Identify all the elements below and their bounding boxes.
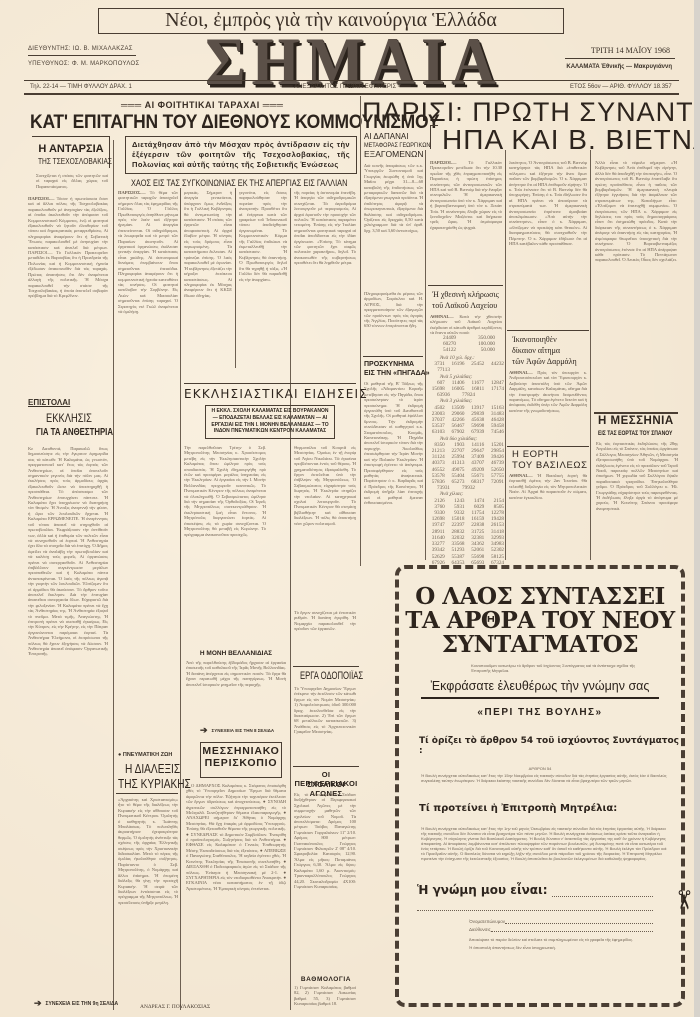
church-news-body-1: Τὴν παρελθοῦσαν Τρίτην ὁ Σεβ. Μητροπολίτ… — [184, 445, 266, 605]
lottery-number: 77113 — [430, 367, 450, 373]
scissors-icon: ✂ — [668, 889, 698, 911]
justice-head-3: τῶν Ἀφῶν Δαρμάλη — [512, 356, 577, 367]
masthead-price: Τηλ. 22-14 — ΤΙΜΗ ΦΥΛΛΟΥ ΔΡΑΧ. 1 — [30, 84, 132, 90]
roads-headline: ΕΡΓΑ ΟΔΟΠΟΙΪΑΣ — [300, 670, 363, 682]
pilgrimage-head-2: ΕΙΣ ΤΗΝ «ΠΗΓΑΔΑ» — [364, 369, 430, 378]
messinia-head-2: ΕΙΣ ΤΑΣ ΕΟΡΤΑΣ ΤΟΥ ΣΠΑΝΟΥ — [598, 430, 672, 437]
paris-body-col2: λαιότητος. Ὁ Ἀντιπρόσωπος τοῦ Β. Βιετνὰμ… — [509, 160, 587, 330]
lottery-number: 67902 — [450, 429, 465, 435]
exports-head-1: ΑΙ ΔΑΠΑΝΑΙ — [364, 132, 424, 141]
exports-heads: ΑΙ ΔΑΠΑΝΑΙ ΜΕΤΑΦΟΡΑΣ ΓΕΩΡΓΙΚΩΝ ΕΞΑΓΟΜΕΝΩ… — [364, 132, 424, 159]
ad-proposal-text: Ἡ Βουλὴ συνέρχεται αὐτοδικαίως κατ' ἔτος… — [421, 826, 667, 861]
lottery-number: 17174 — [489, 386, 504, 392]
ad-intro: Κοινοποιοῦμεν κατωτέρω τὸ ἄρθρον τοῦ ἰσχ… — [471, 663, 651, 673]
periscope-body: ● Ο ΔΗΜΑΡΧΟΣ Καλαμάτας κ. Στέφανος ἐπισκ… — [186, 783, 286, 1008]
spiritual-kicker: ● ΠΝΕΥΜΑΤΙΚΗ ΖΩΗ — [118, 752, 172, 758]
czech-head-2: ΤΗΣ ΤΣΕΧΟΣΛΟΒΑΚΙΑΣ — [38, 156, 112, 166]
church-continued-link[interactable]: ➔ ΣΥΝΕΧΕΙΑ ΕΙΣ ΤΗΝ 8 ΣΕΛΙΔΑ — [200, 725, 274, 736]
pilgrimage-heads: ΠΡΟΣΚΥΝΗΜΑ ΕΙΣ ΤΗΝ «ΠΗΓΑΔΑ» — [364, 360, 430, 378]
lottery-number: 74546 — [489, 429, 504, 435]
roads-preface: Τὸ ἔργον συνεχίζεται μὲ ἐντατικὸν ρυθμόν… — [294, 610, 356, 660]
exports-body-2: Πληροφορούμεθα ἐκ μέρους τῶν ἀρμοδίων, Σ… — [364, 291, 423, 351]
monastery-head: Η ΜΟΝΗ ΒΕΛΛΑΝΙΔΙΑΣ — [184, 650, 288, 657]
masthead-issue: ΕΤΟΣ 56ον — ΑΡΙΘ. ΦΥΛΛΟΥ 18.357 — [570, 84, 672, 90]
masthead-editor: ΥΠΕΥΘΥΝΟΣ: Φ. Μ. ΜΑΡΚΟΠΟΥΛΟΣ — [28, 61, 139, 67]
ad-opinion-field-line-2[interactable] — [417, 903, 653, 911]
arrow-right-icon: ➔ — [34, 998, 42, 1009]
exports-body: Διὰ κοινῆς ἀποφάσεως τῶν κ.κ. Ὑπουργῶν Σ… — [364, 163, 423, 288]
messinia-head-1: Η ΜΕΣΣΗΝΙΑ — [598, 415, 674, 427]
lottery-intro: ΑΘΗΝΑΙ.— Κατὰ τὴν χθεσινὴν κλήρωσιν τοῦ … — [430, 314, 502, 334]
lecture-head-1: Η ΔΙΑΛΕΞΙΣ — [125, 761, 180, 776]
pilgrimage-body: Οἱ μαθηταὶ τῆς Β' Τάξεως τῆς Σχολῆς «Ἀδα… — [364, 381, 423, 561]
paris-body-col1: ΠΑΡΙΣΙΟΙ.— Τὸ Γαλλικὸν Πρακτορεῖον μετέδ… — [430, 160, 502, 280]
lead-body-col3: γεγονότα, εἰς ὅσους παρηκολούθησαν τὴν π… — [239, 190, 287, 380]
church-letters-head-2: ΓΙΑ ΤΑ ΑΝΘΕΣΤΗΡΙΑ — [36, 427, 113, 438]
king-feast-body: ΑΘΗΝΑΙ.— Ἡ Βασιλικὴ ἑορτὴ θὰ ἑορτασθῇ ἐφ… — [509, 473, 587, 518]
ad-line-3: ΣΥΝΤΑΓΜΑΤΟΣ — [399, 633, 681, 657]
newspaper-page: Νέοι, ἐμπρὸς γιὰ τὴν καινούργια Ἑλλάδα Δ… — [0, 0, 700, 1017]
ad-name-field[interactable] — [505, 919, 653, 924]
ad-topic: «ΠΕΡΙ ΤΗΣ ΒΟΥΛΗΣ» — [399, 707, 681, 718]
lead-body-col4: τῆς πορείας ἡ ἀστυνομία ἐπενέβη. Ἡ ἀπεργ… — [294, 190, 356, 380]
church-news-box: Η ΕΚΚΛ. ΣΧΟΛΗ ΚΑΛΑΜΑΤΑΣ ΕΙΣ ΒΟΥΡΑΚΑΝΟΝ —… — [205, 405, 335, 439]
lottery-results: Ἀνὰ 10 χιλ. δρχ.:37311619625452442327711… — [430, 355, 504, 578]
lottery-head-1: Ἡ χθεσινὴ κλήρωσις — [432, 289, 499, 300]
lecture-head-2: ΤΗΣ ΚΥΡΙΑΚΗΣ — [118, 776, 191, 791]
ad-question-current: Τί ὁρίζει τὸ ἄρθρον 54 τοῦ ἰσχύοντος Συν… — [419, 736, 681, 756]
exports-head-2: ΜΕΤΑΦΟΡΑΣ ΓΕΩΡΓΙΚΩΝ — [364, 141, 415, 150]
periscope-head-1: ΜΕΣΣΗΝΙΑΚΟ — [201, 745, 281, 757]
king-feast-heads: Η ΕΟΡΤΗ ΤΟΥ ΒΑΣΙΛΕΩΣ — [512, 449, 588, 471]
paris-headline-2: ΗΠΑ ΚΑΙ Β. ΒΙΕΤΝΑΜ — [442, 126, 700, 154]
ad-address-row: Διεύθυνσις — [469, 927, 653, 932]
ad-line-1: Ο ΛΑΟΣ ΣΥΝΤΑΣΣΕΙ — [399, 585, 681, 609]
justice-head-2: δίκαιον αἴτημα — [512, 345, 577, 356]
lottery-number: 72091 — [489, 479, 504, 485]
ad-address-field[interactable] — [491, 927, 653, 932]
lottery-heads: Ἡ χθεσινὴ κλήρωσις τοῦ Λαϊκοῦ Λαχείου — [432, 289, 499, 311]
paris-headline-1: ΠΑΡΙΣΙ: ΠΡΩΤΗ ΣΥΝΑΝΤΗΣΙΣ — [362, 98, 700, 126]
school-scores-head: ΒΑΘΜΟΛΟΓΙΑ — [292, 976, 360, 983]
messinia-body: Εἰς τὰς ἑορταστικὰς ἐκδηλώσεις τῆς 28ης … — [596, 441, 678, 559]
lead-subhead: ΧΑΟΣ ΕΙΣ ΤΑΣ ΣΥΓΚΟΙΝΩΝΙΑΣ ΕΚ ΤΗΣ ΑΠΕΡΓΙΑ… — [131, 178, 347, 188]
ad-express: Ἐκφράσατε ἐλευθέρως τὴν γνώμην σας — [399, 679, 681, 693]
letters-label: ΕΠΙΣΤΟΛΑΙ — [28, 398, 70, 407]
lottery-top-prizes: 24409350.000 60270100.000 5412250.000 — [436, 335, 495, 354]
lead-body-col2: μερικάς. Σήμερον ἡ ἀπεργία γενικεύεται, … — [184, 190, 232, 380]
school-scores-body: 1) Γυμνάσιον Καλαμάτας βαθμοὶ 82, 2) Γυμ… — [294, 985, 356, 1007]
lottery-head-2: τοῦ Λαϊκοῦ Λαχείου — [432, 300, 499, 311]
masthead-director: ΔΙΕΥΘΥΝΤΗΣ: ΙΩ. Β. ΜΙΧΑΛΑΚΖΑΣ — [28, 46, 133, 52]
masthead-date: ΤΡΙΤΗ 14 ΜΑΪΟΥ 1968 — [591, 46, 670, 55]
lottery-number: 25452 — [470, 361, 485, 367]
czech-head-1: Η ΑΝΤΑΡΣΙΑ — [34, 143, 108, 155]
lecture-body: «Ἀρχαιότης καὶ Χριστιανισμὸς» ἦτο τὸ θέμ… — [118, 797, 178, 1002]
lead-deck: Διετάχθησαν ἀπὸ τὴν Μόσχαν πρὸς ἀντίδρασ… — [132, 140, 350, 170]
monastery-body: Ἀπὸ τῆς παρελθούσης ἑβδομάδος ἤρχισαν αἱ… — [186, 660, 286, 720]
paris-body-col3: Ἀλλὰ εἶναι τὸ νέφαλο σήμερον. «Ἡ Κυβέρνη… — [595, 160, 677, 380]
justice-head-1: Ἰκανοποιηθὲν — [512, 334, 577, 345]
king-feast-head-2: ΤΟΥ ΒΑΣΙΛΕΩΣ — [512, 460, 588, 471]
lottery-number: 63103 — [430, 429, 445, 435]
czech-body: ΠΑΡΙΣΙΟΙ.— Τόσον ἡ πρωτεύουσα ὅσον καὶ α… — [28, 196, 108, 396]
masthead-city: ΚΑΛΑΜΑΤΑ Ἐθνικῆς — Μακρυγιάννη — [566, 64, 672, 70]
church-news-headline: ΕΚΚΛΗΣΙΑΣΤΙΚΑΙ ΕΙΔΗΣΕΙΣ — [184, 387, 368, 401]
exports-head-3: ΕΞΑΓΟΜΕΝΩΝ — [364, 150, 424, 159]
justice-heads: Ἰκανοποιηθὲν δίκαιον αἴτημα τῶν Ἀφῶν Δαρ… — [512, 334, 577, 367]
lead-headline: ΚΑΤ' ΕΠΙΤΑΓΗΝ ΤΟΥ ΔΙΕΘΝΟΥΣ ΚΟΜΜΟΥΝΙΣΜΟΥ — [30, 113, 343, 133]
czech-intro: Συνεχίζεται ἡ στάσις τῶν φοιτητῶν καὶ οἱ… — [36, 173, 108, 193]
ad-question-proposal: Τί προτείνει ἡ Ἐπιτροπὴ Μητρέλια: — [419, 803, 681, 814]
lead-body-col1: ΠΑΡΙΣΙΟΣ.— Τὸ θέμα τῶν φοιτητικῶν ταραχῶ… — [118, 190, 178, 380]
ad-article-label: ΑΡΘΡΟΝ 54 — [399, 766, 681, 771]
lead-subhead-row: ΧΑΟΣ ΕΙΣ ΤΑΣ ΣΥΓΚΟΙΝΩΝΙΑΣ ΕΚ ΤΗΣ ΑΠΕΡΓΙΑ… — [125, 178, 357, 188]
king-feast-head-1: Η ΕΟΡΤΗ — [512, 449, 588, 460]
arrow-right-icon: ➔ — [200, 725, 208, 736]
lottery-number: 44232 — [489, 361, 504, 367]
periscope-box: ΜΕΣΣΗΝΙΑΚΟ ΠΕΡΙΣΚΟΠΙΟ — [200, 742, 282, 778]
lottery-number: 67939 — [470, 429, 485, 435]
masthead-tagline: ═══ ΑΝΕΞΑΡΤΗΤΟΣ ΠΡΩΪΝΗ ΕΦΗΜΕΡΙΣ ═══ — [280, 84, 411, 90]
periscope-head-2: ΠΕΡΙΣΚΟΠΙΟ — [201, 757, 281, 769]
ad-footer-2: Ἡ ἀποστολὴ ἀπαντήσεως δὲν εἶναι ὑποχρεωτ… — [469, 945, 653, 950]
ad-article-text: Ἡ Βουλὴ συνέρχεται αὐτοδικαίως κατ' ἔτος… — [421, 773, 667, 783]
letters-body: Κε Διευθυντά, Παρακαλῶ ὅπως δημοσιεύσητε… — [28, 446, 108, 941]
lead-kicker: ΑΙ ΦΟΙΤΗΤΙΚΑΙ ΤΑΡΑΧΑΙ — [118, 100, 286, 110]
pilgrimage-head-1: ΠΡΟΣΚΥΝΗΜΑ — [364, 360, 430, 369]
ad-footer-1: Ἀποκόψατε τὸ παρὸν δελτίον καὶ στείλατε … — [469, 937, 653, 942]
ad-name-row: Ὀνοματεπώνυμον — [469, 919, 653, 924]
letters-continued-link[interactable]: ➔ ΣΥΝΕΧΕΙΑ ΕΙΣ ΤΗΝ 9η ΣΕΛΙΔΑ — [34, 998, 118, 1009]
justice-body: ΑΘΗΝΑΙ.— Πρὸς τὸν ὑπουργὸν κ. Ἀνδρουτσόπ… — [509, 370, 587, 442]
roads-body: Τὸ Ὑπουργεῖον Δημοσίων Ἔργων ἐνέκρινε τὴ… — [294, 686, 356, 762]
ad-opinion-label: Ἡ γνώμη μου εἶναι: — [417, 883, 548, 897]
school-games-body: Εἰς τὸ Μεσσηνιακὸν Στάδιον διεξήχθησαν ο… — [294, 792, 356, 972]
lottery-number: 16196 — [450, 361, 465, 367]
ad-opinion-field[interactable] — [552, 889, 653, 897]
church-news-body-2: Θερμοπύλαι τοῦ Κουρτᾶ εἰς Μεσσηνίας. Ὁμο… — [294, 445, 356, 605]
church-letters-head-1: ΕΚΚΛΗΣΙΣ — [46, 411, 92, 425]
lead-deck-box: Διετάχθησαν ἀπὸ τὴν Μόσχαν πρὸς ἀντίδρασ… — [125, 136, 357, 174]
referendum-ad: Ο ΛΑΟΣ ΣΥΝΤΑΣΣΕΙ ΤΑ ΑΡΘΡΑ ΤΟΥ ΝΕΟΥ ΣΥΝΤΑ… — [395, 565, 685, 1007]
ad-line-2: ΤΑ ΑΡΘΡΑ ΤΟΥ ΝΕΟΥ — [399, 609, 681, 633]
ad-opinion-row: Ἡ γνώμη μου εἶναι: — [417, 883, 681, 897]
